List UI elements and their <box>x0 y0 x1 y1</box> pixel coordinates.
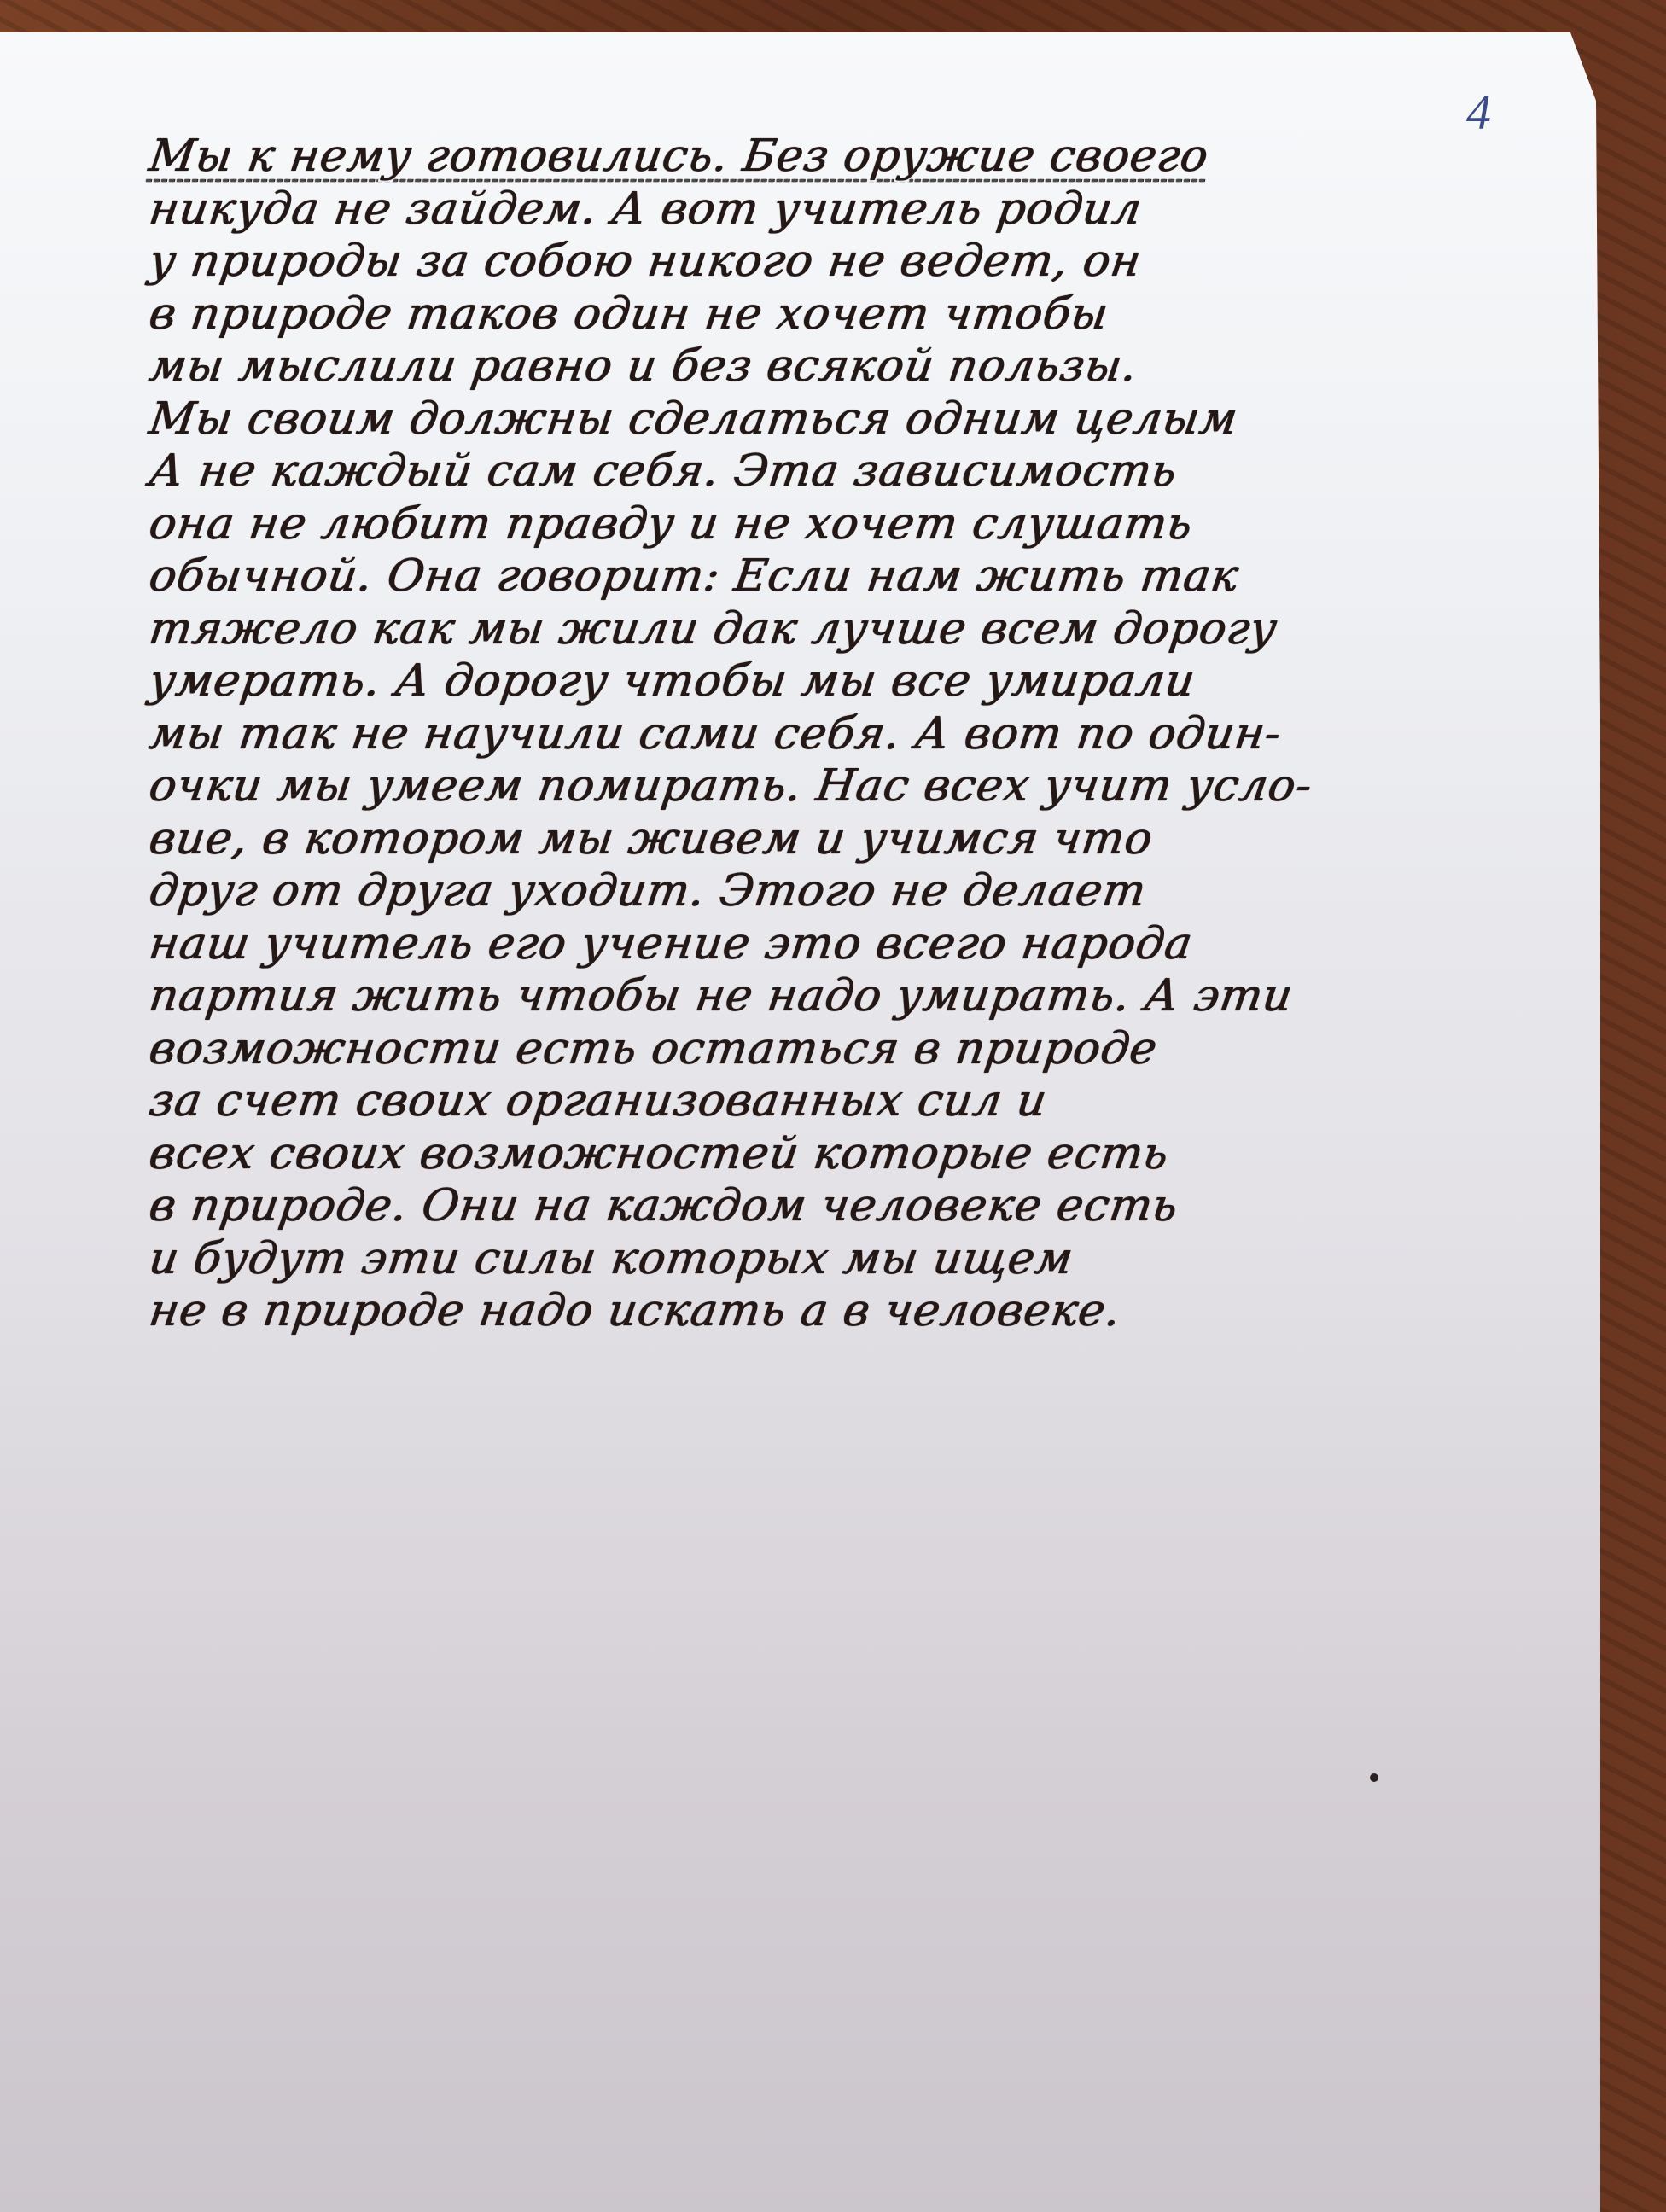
text-line: наш учитель его учение это всего народа <box>146 918 1536 971</box>
text-line: партия жить чтобы не надо умирать. А эти <box>146 970 1536 1023</box>
text-line: не в природе надо искать а в человеке. <box>146 1285 1536 1338</box>
text-line: никуда не зайдем. А вот учитель родил <box>146 183 1536 236</box>
text-line: Мы к нему готовились. Без оружие своего <box>146 131 1536 183</box>
text-line: за счет своих организованных сил и <box>146 1075 1536 1128</box>
text-line: друг от друга уходит. Этого не делает <box>146 865 1536 918</box>
text-line: тяжело как мы жили дак лучше всем дорогу <box>146 603 1536 656</box>
text-line: вие, в котором мы живем и учимся что <box>146 813 1536 866</box>
text-line: умерать. А дорогу чтобы мы все умирали <box>146 655 1536 708</box>
text-line: очки мы умеем помирать. Нас всех учит ус… <box>146 760 1536 813</box>
handwritten-page: 4 Мы к нему готовились. Без оружие своег… <box>0 32 1600 2212</box>
text-line: всех своих возможностей которые есть <box>146 1128 1536 1181</box>
ink-dot <box>1370 1773 1378 1782</box>
text-line: у природы за собою никого не ведет, он <box>146 236 1536 288</box>
text-line: обычной. Она говорит: Если нам жить так <box>146 550 1536 603</box>
text-line: и будут эти силы которых мы ищем <box>146 1233 1536 1286</box>
text-line: она не любит правду и не хочет слушать <box>146 498 1536 551</box>
text-line: мы так не научили сами себя. А вот по од… <box>146 708 1536 761</box>
text-line: мы мыслили равно и без всякой пользы. <box>146 341 1536 393</box>
text-line: А не каждый сам себя. Эта зависимость <box>146 445 1536 498</box>
text-line: в природе таков один не хочет чтобы <box>146 288 1536 341</box>
text-line: в природе. Они на каждом человеке есть <box>146 1180 1536 1233</box>
text-line: возможности есть остаться в природе <box>146 1023 1536 1076</box>
text-line: Мы своим должны сделаться одним целым <box>146 393 1536 446</box>
handwritten-text-body: Мы к нему готовились. Без оружие своего … <box>149 131 1532 1338</box>
